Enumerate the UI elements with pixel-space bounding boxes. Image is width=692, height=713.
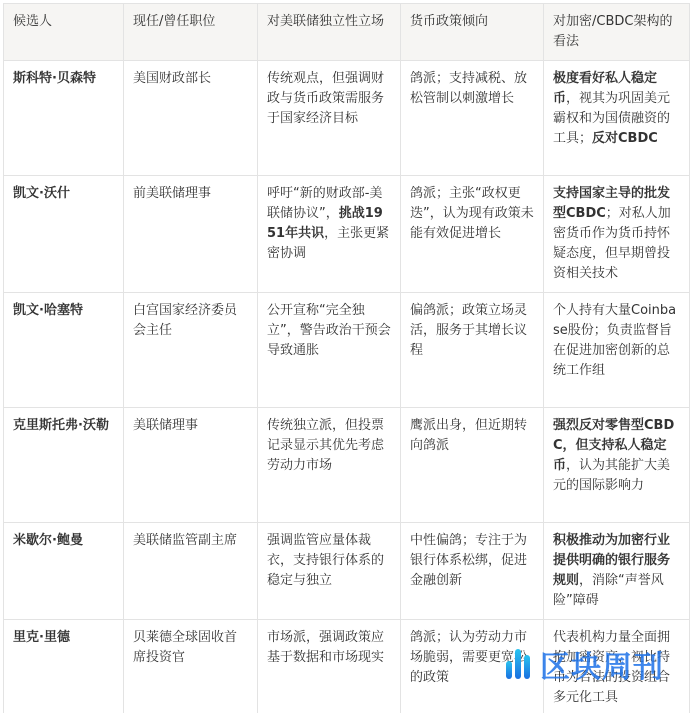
- policy-tendency: 鸽派；主张“政权更迭”，认为现有政策未能有效促进增长: [401, 176, 544, 293]
- table-row: 米歇尔·鲍曼 美联储监管副主席 强调监管应量体裁衣，支持银行体系的稳定与独立 中…: [4, 523, 690, 620]
- crypto-view: 个人持有大量Coinbase股份；负责监督旨在促进加密创新的总统工作组: [544, 293, 690, 408]
- candidate-name: 米歇尔·鲍曼: [4, 523, 124, 620]
- independence-stance: 市场派，强调政策应基于数据和市场现实: [258, 620, 401, 713]
- comparison-table: 候选人 现任/曾任职位 对美联储独立性立场 货币政策倾向 对加密/CBDC架构的…: [3, 3, 690, 713]
- table-row: 凯文·沃什 前美联储理事 呼吁“新的财政部-美联储协议”，挑战1951年共识，主…: [4, 176, 690, 293]
- header-position: 现任/曾任职位: [124, 4, 258, 61]
- header-independence: 对美联储独立性立场: [258, 4, 401, 61]
- text-segment: 代表机构力量全面拥抱加密资产，视比特币为合法的投资组合多元化工具: [553, 630, 670, 705]
- candidate-position: 美国财政部长: [124, 61, 258, 176]
- candidate-position: 贝莱德全球固收首席投资官: [124, 620, 258, 713]
- table-header-row: 候选人 现任/曾任职位 对美联储独立性立场 货币政策倾向 对加密/CBDC架构的…: [4, 4, 690, 61]
- table-row: 斯科特·贝森特 美国财政部长 传统观点，但强调财政与货币政策需服务于国家经济目标…: [4, 61, 690, 176]
- policy-tendency: 中性偏鸽；专注于为银行体系松绑，促进金融创新: [401, 523, 544, 620]
- candidate-name: 斯科特·贝森特: [4, 61, 124, 176]
- independence-stance: 强调监管应量体裁衣，支持银行体系的稳定与独立: [258, 523, 401, 620]
- policy-tendency: 鸽派；认为劳动力市场脆弱，需要更宽松的政策: [401, 620, 544, 713]
- candidate-name: 里克·里德: [4, 620, 124, 713]
- independence-stance: 传统观点，但强调财政与货币政策需服务于国家经济目标: [258, 61, 401, 176]
- crypto-view: 强烈反对零售型CBDC，但支持私人稳定币，认为其能扩大美元的国际影响力: [544, 408, 690, 523]
- table-row: 里克·里德 贝莱德全球固收首席投资官 市场派，强调政策应基于数据和市场现实 鸽派…: [4, 620, 690, 713]
- crypto-view: 极度看好私人稳定币，视其为巩固美元霸权和为国债融资的工具；反对CBDC: [544, 61, 690, 176]
- candidate-position: 前美联储理事: [124, 176, 258, 293]
- emphasized-text: 反对CBDC: [592, 131, 658, 146]
- header-candidate: 候选人: [4, 4, 124, 61]
- independence-stance: 呼吁“新的财政部-美联储协议”，挑战1951年共识，主张更紧密协调: [258, 176, 401, 293]
- policy-tendency: 鹰派出身，但近期转向鸽派: [401, 408, 544, 523]
- crypto-view: 支持国家主导的批发型CBDC；对私人加密货币作为货币持怀疑态度，但早期曾投资相关…: [544, 176, 690, 293]
- text-segment: ，认为其能扩大美元的国际影响力: [553, 458, 670, 493]
- table-row: 凯文·哈塞特 白宫国家经济委员会主任 公开宣称“完全独立”，警告政治干预会导致通…: [4, 293, 690, 408]
- candidate-position: 白宫国家经济委员会主任: [124, 293, 258, 408]
- header-policy: 货币政策倾向: [401, 4, 544, 61]
- header-crypto-view: 对加密/CBDC架构的看法: [544, 4, 690, 61]
- policy-tendency: 鸽派；支持减税、放松管制以刺激增长: [401, 61, 544, 176]
- crypto-view: 代表机构力量全面拥抱加密资产，视比特币为合法的投资组合多元化工具: [544, 620, 690, 713]
- table-row: 克里斯托弗·沃勒 美联储理事 传统独立派，但投票记录显示其优先考虑劳动力市场 鹰…: [4, 408, 690, 523]
- text-segment: 个人持有大量Coinbase股份；负责监督旨在促进加密创新的总统工作组: [553, 303, 676, 378]
- candidate-name: 克里斯托弗·沃勒: [4, 408, 124, 523]
- independence-stance: 传统独立派，但投票记录显示其优先考虑劳动力市场: [258, 408, 401, 523]
- policy-tendency: 偏鸽派；政策立场灵活，服务于其增长议程: [401, 293, 544, 408]
- crypto-view: 积极推动为加密行业提供明确的银行服务规则，消除“声誉风险”障碍: [544, 523, 690, 620]
- candidate-name: 凯文·哈塞特: [4, 293, 124, 408]
- candidate-position: 美联储监管副主席: [124, 523, 258, 620]
- candidate-name: 凯文·沃什: [4, 176, 124, 293]
- candidate-position: 美联储理事: [124, 408, 258, 523]
- independence-stance: 公开宣称“完全独立”，警告政治干预会导致通胀: [258, 293, 401, 408]
